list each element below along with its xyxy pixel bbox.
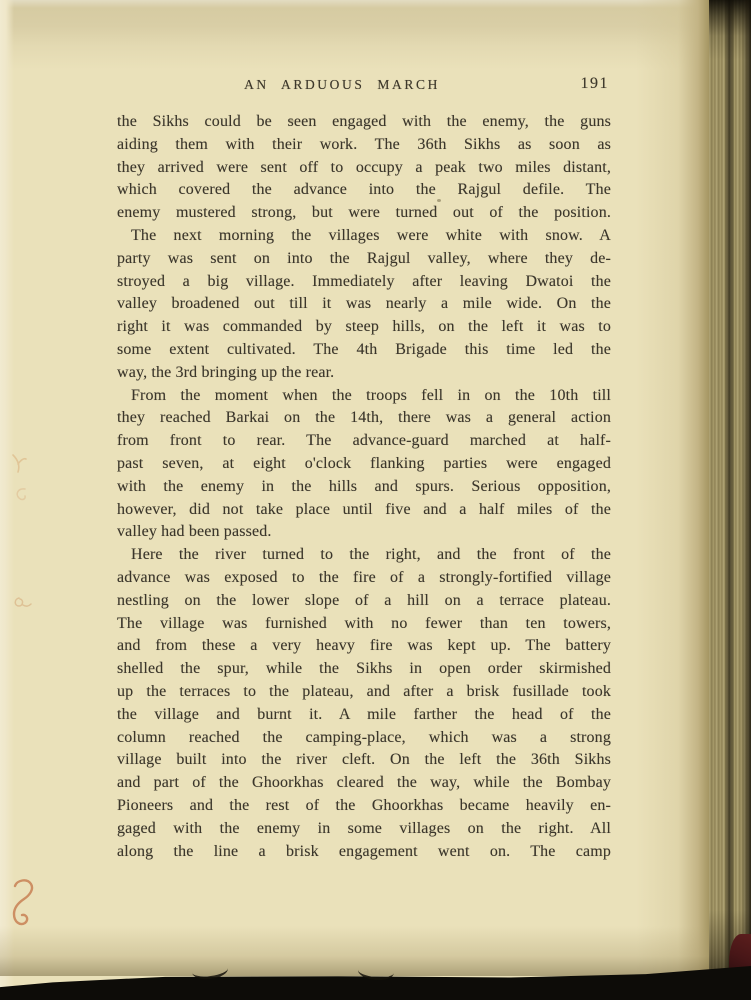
book-page-scan: AN ARDUOUS MARCH 191 the Sikhs could be … [0, 0, 751, 1000]
text-line: The next morning the villages were white… [117, 225, 611, 248]
marginalia-mark [9, 452, 29, 476]
text-line: shelled the spur, while the Sikhs in ope… [117, 658, 611, 681]
running-head: AN ARDUOUS MARCH 191 [117, 77, 611, 95]
fore-edge-dark-stripe [725, 0, 734, 1000]
text-line: party was sent on into the Rajgul valley… [117, 248, 611, 271]
text-line: along the line a brisk engagement went o… [117, 841, 611, 864]
book-fore-edge [709, 0, 751, 1000]
page-left-edge-highlight [0, 0, 14, 1000]
chapter-title: AN ARDUOUS MARCH [95, 77, 589, 93]
text-line: however, did not take place until five a… [117, 499, 611, 522]
text-line: from front to rear. The advance-guard ma… [117, 430, 611, 453]
text-line: way, the 3rd bringing up the rear. [117, 362, 611, 385]
text-line: right it was commanded by steep hills, o… [117, 316, 611, 339]
text-line: advance was exposed to the fire of a str… [117, 567, 611, 590]
text-line: column reached the camping-place, which … [117, 727, 611, 750]
text-line: they reached Barkai on the 14th, there w… [117, 407, 611, 430]
text-line: the Sikhs could be seen engaged with the… [117, 111, 611, 134]
text-line: stroyed a big village. Immediately after… [117, 271, 611, 294]
text-line: aiding them with their work. The 36th Si… [117, 134, 611, 157]
marginalia-squiggle [7, 876, 39, 934]
page-curl-shadow [636, 0, 710, 1000]
text-line: up the terraces to the plateau, and afte… [117, 681, 611, 704]
text-line: Here the river turned to the right, and … [117, 544, 611, 567]
text-line: past seven, at eight o'clock flanking pa… [117, 453, 611, 476]
print-speck [289, 119, 294, 123]
page-bottom-shadow [0, 926, 711, 976]
text-line: village built into the river cleft. On t… [117, 749, 611, 772]
fore-edge-outer-shadow [741, 0, 751, 1000]
text-line: enemy mustered strong, but were turned o… [117, 202, 611, 225]
text-line: some extent cultivated. The 4th Brigade … [117, 339, 611, 362]
text-line: From the moment when the troops fell in … [117, 385, 611, 408]
text-line: gaged with the enemy in some villages on… [117, 818, 611, 841]
marginalia-mark [13, 485, 29, 503]
text-line: nestling on the lower slope of a hill on… [117, 590, 611, 613]
body-text: the Sikhs could be seen engaged with the… [117, 111, 611, 863]
text-line: they arrived were sent off to occupy a p… [117, 157, 611, 180]
text-line: Pioneers and the rest of the Ghoorkhas b… [117, 795, 611, 818]
text-line: valley broadened out till it was nearly … [117, 293, 611, 316]
text-line: and from these a very heavy fire was kep… [117, 635, 611, 658]
text-line: The village was furnished with no fewer … [117, 613, 611, 636]
text-line: valley had been passed. [117, 521, 611, 544]
page-top-shadow [0, 0, 751, 70]
text-line: with the enemy in the hills and spurs. S… [117, 476, 611, 499]
marginalia-mark [11, 593, 33, 611]
print-speck [437, 199, 441, 202]
text-line: the village and burnt it. A mile farther… [117, 704, 611, 727]
text-line: and part of the Ghoorkhas cleared the wa… [117, 772, 611, 795]
text-line: which covered the advance into the Rajgu… [117, 179, 611, 202]
page-number: 191 [581, 75, 610, 93]
